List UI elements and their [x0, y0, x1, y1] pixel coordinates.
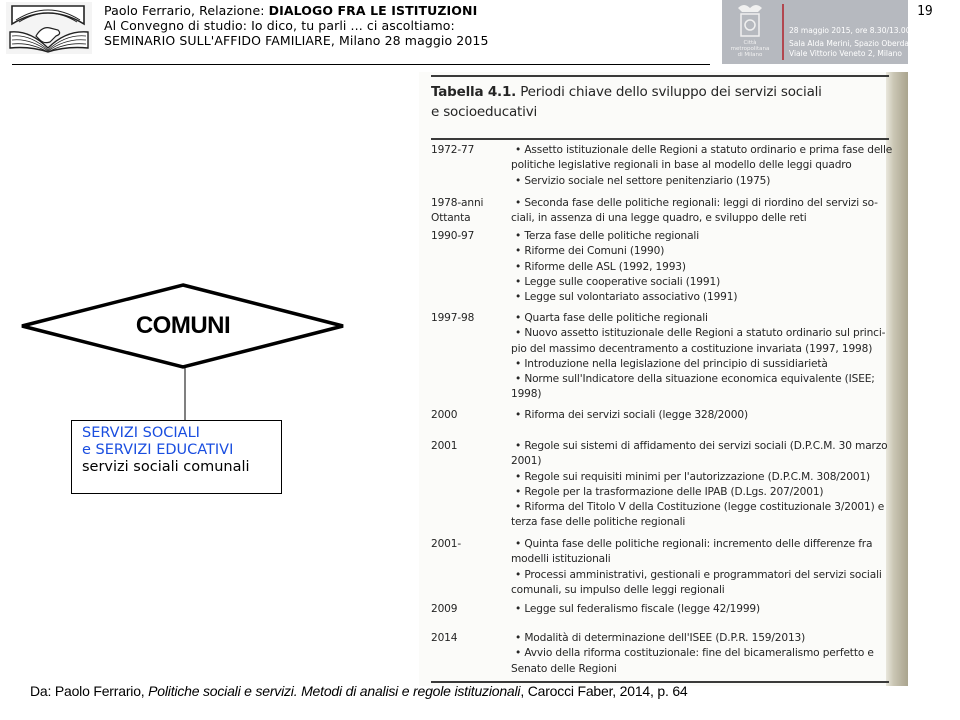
period-cell: 2000	[431, 408, 511, 423]
table-title: Tabella 4.1. Periodi chiave dello svilup…	[431, 82, 822, 122]
description-cell: • Legge sul federalismo fiscale (legge 4…	[513, 602, 893, 617]
description-cell: • Terza fase delle politiche regionali• …	[513, 229, 893, 305]
services-line-2: e SERVIZI EDUCATIVI	[82, 442, 281, 459]
services-box: SERVIZI SOCIALI e SERVIZI EDUCATIVI serv…	[71, 420, 282, 494]
event-info: 28 maggio 2015, ore 8.30/13.00 Sala Alda…	[789, 24, 914, 60]
table-header-rule	[431, 138, 889, 140]
period-cell: 2009	[431, 602, 511, 617]
header-divider	[12, 64, 710, 65]
period-cell: 2001	[431, 439, 511, 454]
comuni-diagram	[0, 0, 400, 720]
book-title: Politiche sociali e servizi. Metodi di a…	[148, 683, 520, 699]
header-line-1: Paolo Ferrario, Relazione: DIALOGO FRA L…	[104, 3, 489, 18]
event-banner: Città metropolitana di Milano 28 maggio …	[722, 0, 908, 64]
header-line-2: Al Convegno di studio: Io dico, tu parli…	[104, 18, 489, 33]
source-caption: Da: Paolo Ferrario, Politiche sociali e …	[30, 683, 688, 699]
description-cell: • Quinta fase delle politiche regionali:…	[513, 537, 893, 598]
header-text: Paolo Ferrario, Relazione: DIALOGO FRA L…	[104, 3, 489, 48]
services-line-3: servizi sociali comunali	[82, 459, 281, 476]
description-cell: • Riforma dei servizi sociali (legge 328…	[513, 408, 893, 423]
period-cell: 2014	[431, 631, 511, 646]
comuni-label: COMUNI	[100, 312, 266, 340]
event-datetime: 28 maggio 2015, ore 8.30/13.00	[789, 24, 914, 37]
city-label: Città metropolitana di Milano	[722, 40, 778, 58]
period-cell: 1997-98	[431, 311, 511, 326]
description-cell: • Quarta fase delle politiche regionali•…	[513, 311, 893, 403]
scanned-table: Tabella 4.1. Periodi chiave dello svilup…	[419, 72, 908, 686]
description-cell: • Seconda fase delle politiche regionali…	[513, 196, 893, 227]
banner-accent-line	[782, 4, 784, 60]
header-line-3: SEMINARIO SULL'AFFIDO FAMILIARE, Milano …	[104, 33, 489, 48]
description-cell: • Regole sui sistemi di affidamento dei …	[513, 439, 893, 531]
period-cell: 1990-97	[431, 229, 511, 244]
period-cell: 1972-77	[431, 143, 511, 158]
description-cell: • Assetto istituzionale delle Regioni a …	[513, 143, 893, 189]
page-number: 19	[917, 4, 933, 19]
services-line-1: SERVIZI SOCIALI	[82, 425, 281, 442]
presentation-title: DIALOGO FRA LE ISTITUZIONI	[269, 3, 478, 18]
table-top-rule	[431, 75, 889, 77]
period-cell: 2001-	[431, 537, 511, 552]
description-cell: • Modalità di determinazione dell'ISEE (…	[513, 631, 893, 677]
period-cell: 1978-anniOttanta	[431, 196, 511, 227]
handshake-book-logo	[6, 2, 92, 54]
event-address: Viale Vittorio Veneto 2, Milano	[789, 47, 914, 60]
